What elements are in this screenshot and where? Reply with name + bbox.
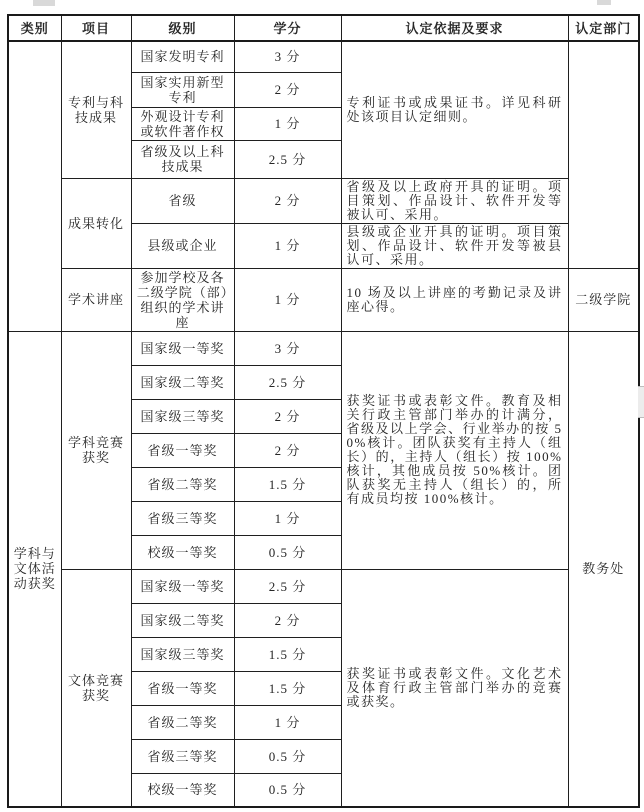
level-cell: 国家发明专利: [131, 41, 234, 72]
credit-cell: 0.5 分: [234, 739, 341, 773]
level-cell: 国家级二等奖: [131, 365, 234, 399]
credit-cell: 1 分: [234, 705, 341, 739]
basis-cell-transform-province: 省级及以上政府开具的证明。项目策划、作品设计、软件开发等被认可、采用。: [341, 178, 568, 223]
credit-cell: 2 分: [234, 399, 341, 433]
level-cell: 国家级三等奖: [131, 399, 234, 433]
category-cell-blank: [8, 41, 61, 331]
screenshot-artifact: [33, 0, 55, 6]
credit-cell: 2 分: [234, 433, 341, 467]
credit-cell: 2.5 分: [234, 140, 341, 178]
basis-cell-academic: 获奖证书或表彰文件。教育及相关行政主管部门举办的计满分，省级及以上学会、行业举办…: [341, 331, 568, 569]
category-cell-awards: 学科与文体活动获奖: [8, 331, 61, 807]
department-cell-college: 二级学院: [568, 268, 639, 331]
screenshot-artifact: [638, 386, 644, 418]
credit-cell: 2 分: [234, 178, 341, 223]
header-project: 项目: [61, 15, 131, 41]
level-cell: 国家实用新型专利: [131, 72, 234, 107]
credit-cell: 3 分: [234, 41, 341, 72]
credit-cell: 1.5 分: [234, 467, 341, 501]
header-department: 认定部门: [568, 15, 639, 41]
table-row: 成果转化 省级 2 分 省级及以上政府开具的证明。项目策划、作品设计、软件开发等…: [8, 178, 639, 223]
level-cell: 外观设计专利或软件著作权: [131, 107, 234, 140]
table-row: 学科与文体活动获奖 学科竞赛获奖 国家级一等奖 3 分 获奖证书或表彰文件。教育…: [8, 331, 639, 365]
level-cell: 省级三等奖: [131, 739, 234, 773]
level-cell: 省级三等奖: [131, 501, 234, 535]
project-cell-academic: 学科竞赛获奖: [61, 331, 131, 569]
header-basis: 认定依据及要求: [341, 15, 568, 41]
header-level: 级别: [131, 15, 234, 41]
level-cell: 省级一等奖: [131, 671, 234, 705]
credit-cell: 2 分: [234, 72, 341, 107]
credit-cell: 2 分: [234, 603, 341, 637]
credit-cell: 1 分: [234, 223, 341, 268]
basis-cell-lecture: 10 场及以上讲座的考勤记录及讲座心得。: [341, 268, 568, 331]
basis-cell-transform-county: 县级或企业开具的证明。项目策划、作品设计、软件开发等被县认可、采用。: [341, 223, 568, 268]
credit-cell: 1.5 分: [234, 671, 341, 705]
level-cell: 国家级一等奖: [131, 569, 234, 603]
credit-cell: 3 分: [234, 331, 341, 365]
level-cell: 校级一等奖: [131, 535, 234, 569]
table-row: 学术讲座 参加学校及各二级学院（部）组织的学术讲座 1 分 10 场及以上讲座的…: [8, 268, 639, 331]
level-cell: 校级一等奖: [131, 773, 234, 807]
credit-recognition-table: 类别 项目 级别 学分 认定依据及要求 认定部门 专利与科技成果 国家发明专利 …: [7, 14, 640, 808]
level-cell: 省级一等奖: [131, 433, 234, 467]
credit-cell: 2.5 分: [234, 365, 341, 399]
project-cell-lecture: 学术讲座: [61, 268, 131, 331]
level-cell: 参加学校及各二级学院（部）组织的学术讲座: [131, 268, 234, 331]
table-row: 文体竞赛获奖 国家级一等奖 2.5 分 获奖证书或表彰文件。文化艺术及体育行政主…: [8, 569, 639, 603]
project-cell-patent: 专利与科技成果: [61, 41, 131, 178]
level-cell: 省级: [131, 178, 234, 223]
credit-cell: 0.5 分: [234, 535, 341, 569]
header-category: 类别: [8, 15, 61, 41]
credit-cell: 1 分: [234, 268, 341, 331]
credit-cell: 1 分: [234, 107, 341, 140]
header-row: 类别 项目 级别 学分 认定依据及要求 认定部门: [8, 15, 639, 41]
level-cell: 县级或企业: [131, 223, 234, 268]
department-cell-academic-affairs: 教务处: [568, 331, 639, 807]
credit-cell: 1.5 分: [234, 637, 341, 671]
table-row: 专利与科技成果 国家发明专利 3 分 专利证书或成果证书。详见科研处该项目认定细…: [8, 41, 639, 72]
header-credit: 学分: [234, 15, 341, 41]
credit-cell: 1 分: [234, 501, 341, 535]
credit-cell: 0.5 分: [234, 773, 341, 807]
project-cell-transform: 成果转化: [61, 178, 131, 268]
level-cell: 国家级一等奖: [131, 331, 234, 365]
level-cell: 省级二等奖: [131, 467, 234, 501]
screenshot-artifact: [597, 0, 611, 5]
basis-cell-arts: 获奖证书或表彰文件。文化艺术及体育行政主管部门举办的竞赛或获奖。: [341, 569, 568, 807]
level-cell: 国家级二等奖: [131, 603, 234, 637]
credit-cell: 2.5 分: [234, 569, 341, 603]
level-cell: 省级二等奖: [131, 705, 234, 739]
level-cell: 省级及以上科技成果: [131, 140, 234, 178]
project-cell-arts: 文体竞赛获奖: [61, 569, 131, 807]
level-cell: 国家级三等奖: [131, 637, 234, 671]
basis-cell-patent: 专利证书或成果证书。详见科研处该项目认定细则。: [341, 41, 568, 178]
department-cell-blank: [568, 41, 639, 268]
